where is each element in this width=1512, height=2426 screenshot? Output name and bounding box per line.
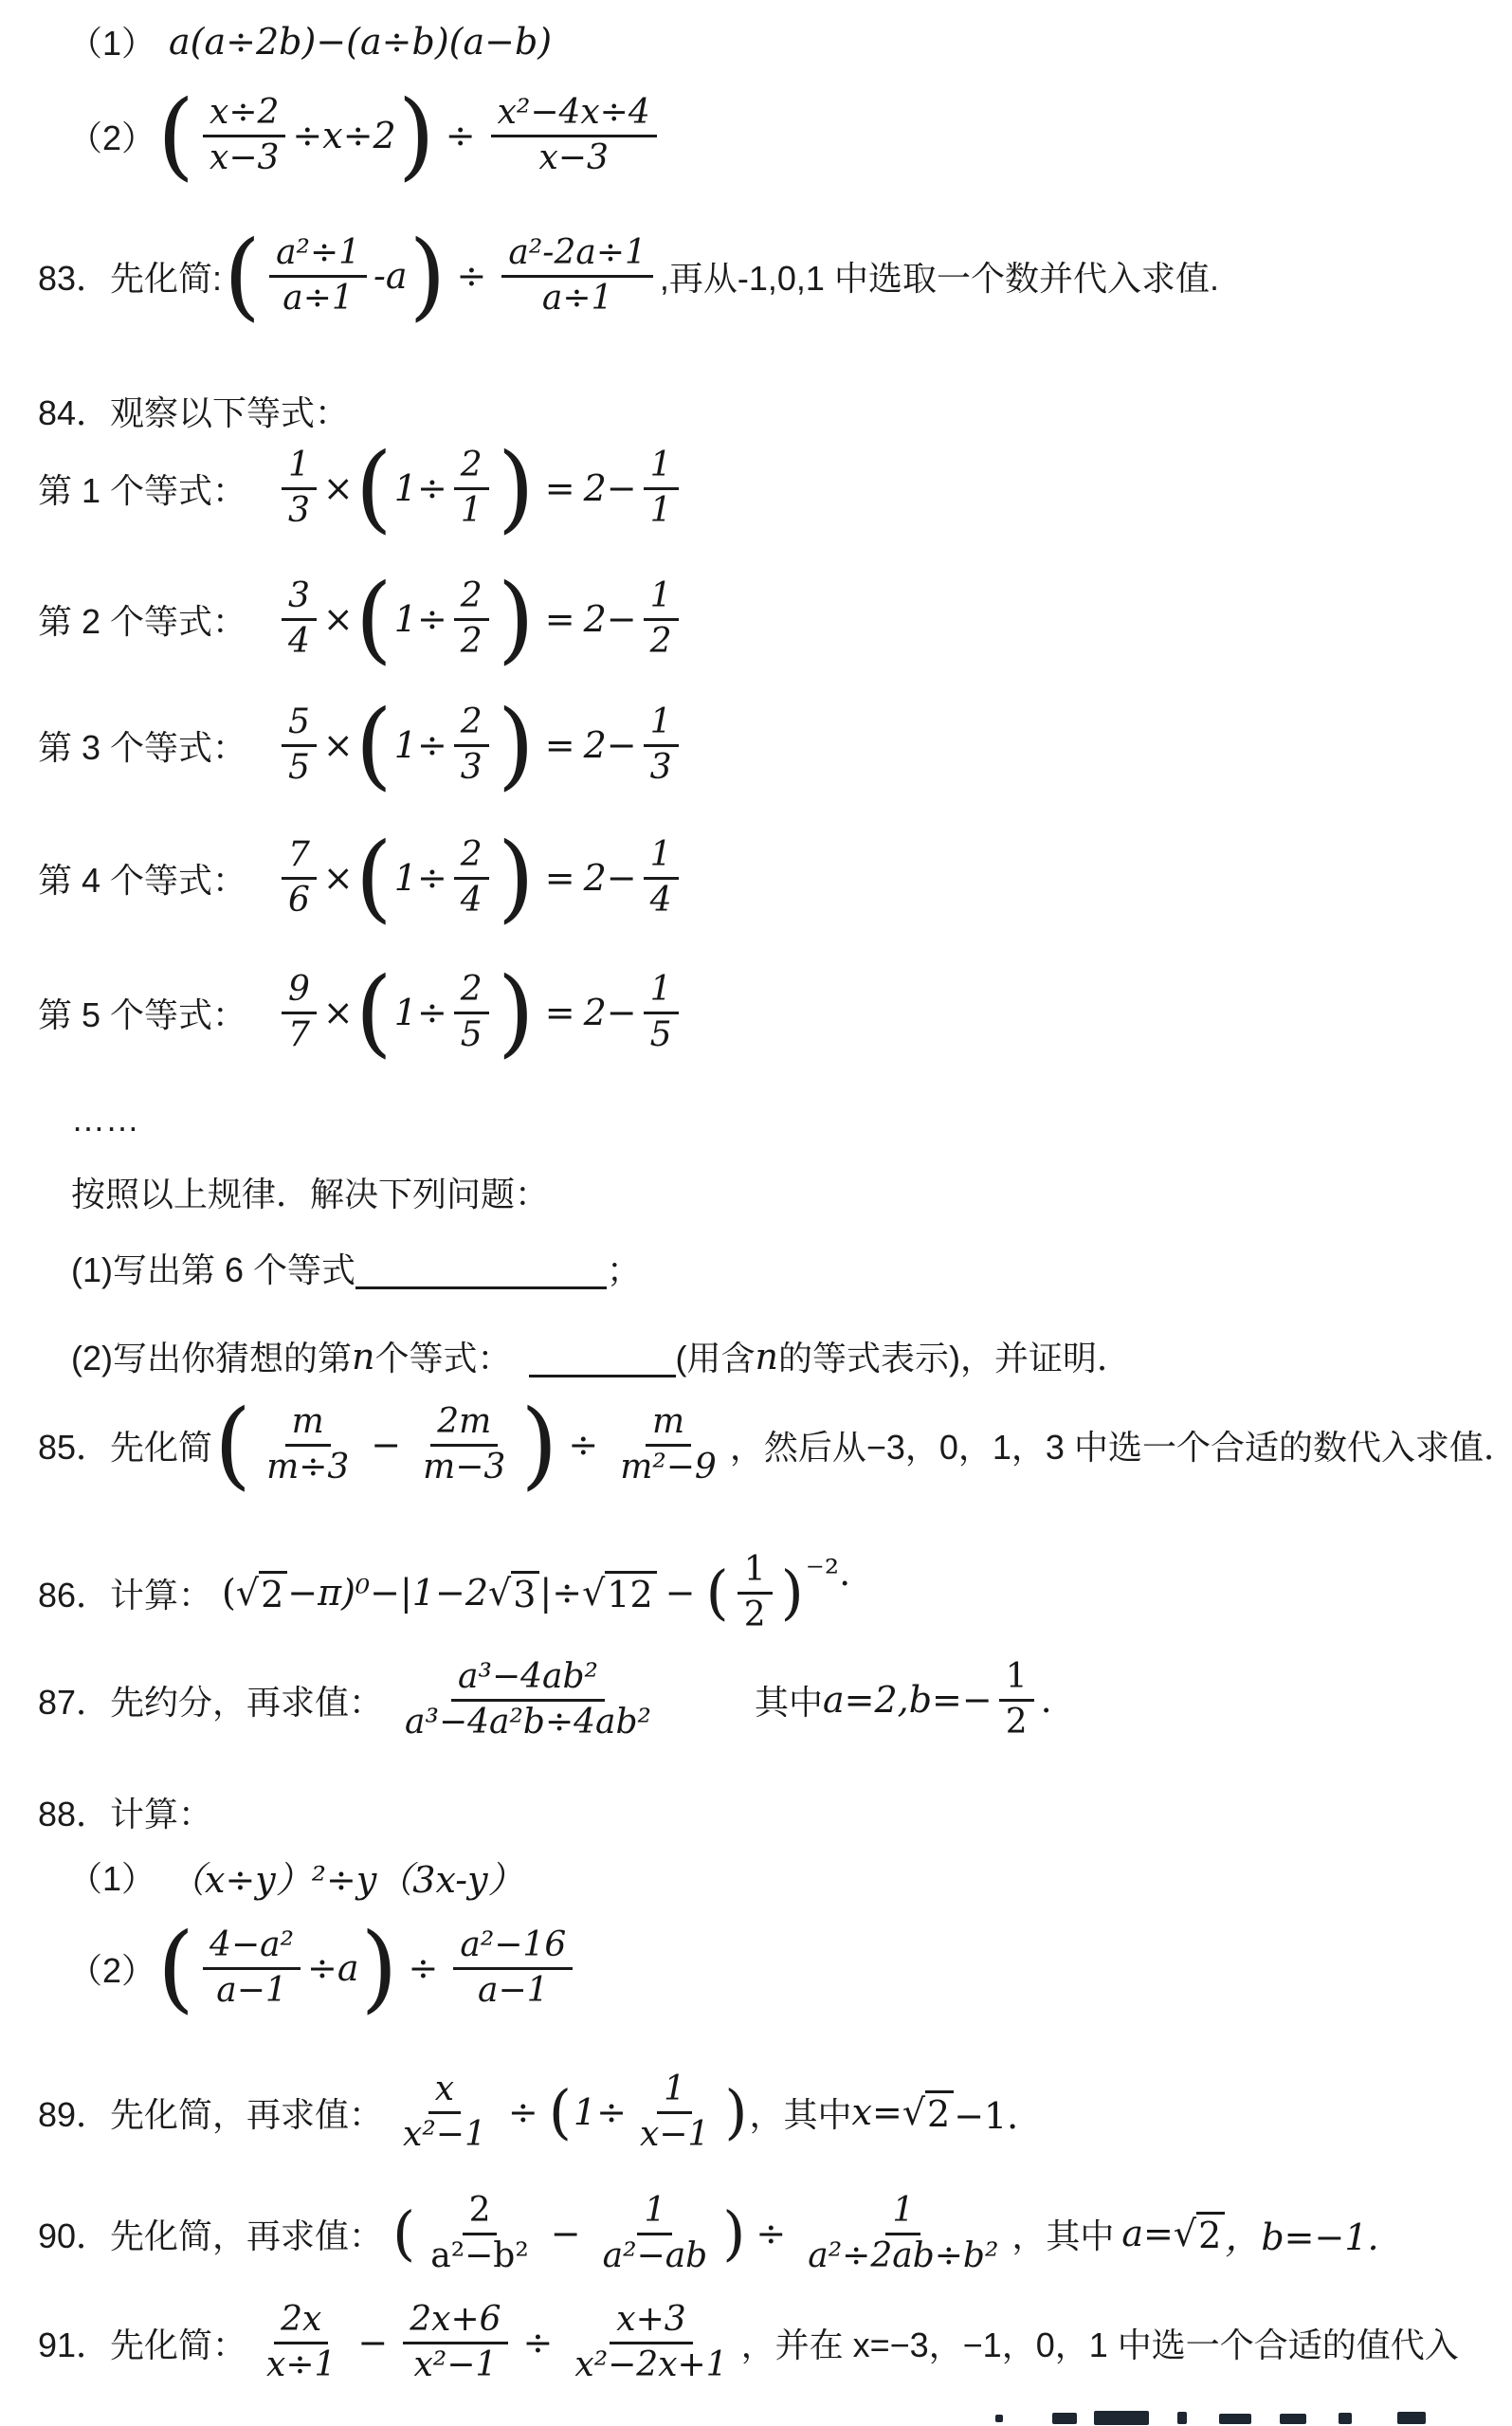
task-2: (2)写出你猜想的第 n 个等式： (用含 n 的等式表示)，并证明． <box>71 1332 1131 1380</box>
fraction: 25 <box>454 972 489 1054</box>
ink-blob <box>995 2415 1003 2422</box>
variable-n: n <box>352 1336 374 1377</box>
fraction: a²-2a÷1a÷1 <box>501 235 653 318</box>
minus-sign: − <box>551 2213 581 2254</box>
x-equals: x= <box>852 2091 902 2133</box>
expression: （x÷y）²÷y（3x-y） <box>169 1851 524 1903</box>
ink-blob <box>1339 2413 1352 2424</box>
equation-label: 第 2 个等式： <box>38 595 275 644</box>
equals-sign: = <box>545 598 575 640</box>
open-paren: ( <box>222 1572 236 1614</box>
middle-terms: ÷x÷2 <box>292 115 395 156</box>
ink-blob <box>1397 2412 1426 2424</box>
answer-blank <box>355 1247 607 1289</box>
minus-a-term: -a <box>373 255 408 297</box>
ink-blob <box>1280 2414 1306 2424</box>
ellipsis-row: …… <box>71 1100 139 1140</box>
fraction: mm÷3 <box>260 1404 355 1487</box>
minus-sign: − <box>371 1424 401 1466</box>
period: . <box>1041 1679 1052 1721</box>
fraction: 13 <box>644 704 679 787</box>
divide-sign: ÷ <box>409 1947 439 1989</box>
fraction: x÷2x−3 <box>203 95 285 177</box>
problem-83: 83．先化简: ( a²÷1a÷1 -a ) ÷ a²-2a÷1a÷1 ,再从-… <box>38 235 1219 318</box>
problem-85-prefix: 85．先化简 <box>38 1421 212 1469</box>
two-minus: 2− <box>584 467 637 509</box>
radicand-3: 3 <box>511 1571 539 1615</box>
radicand-2: 2 <box>925 2090 954 2135</box>
fraction: x+3x²−2x+1 <box>568 2302 734 2384</box>
sqrt-sign: √ <box>488 1572 511 1614</box>
item-label: （2） <box>68 1944 155 1993</box>
two-minus: 2− <box>584 598 637 640</box>
fraction: 97 <box>282 972 317 1054</box>
task-2-text-c: (用含 <box>676 1332 756 1380</box>
divide-sign: ÷ <box>457 255 487 297</box>
fraction: a³−4ab²a³−4a²b÷4ab² <box>398 1659 658 1742</box>
equation-row-1: 第 1 个等式： 13 × ( 1÷ 21 ) = 2− 11 <box>38 447 685 530</box>
problem-82-item-2: （2） ( x÷2x−3 ÷x÷2 ) ÷ x²−4x÷4x−3 <box>68 95 664 177</box>
where-label: ，其中 <box>750 2089 852 2137</box>
problem-88-item-1: （1） （x÷y）²÷y（3x-y） <box>68 1851 524 1903</box>
task-1-semicolon: ； <box>607 1244 641 1292</box>
two-minus: 2− <box>584 724 637 766</box>
problem-90: 90．先化简，再求值： ( 2a²−b² − 1a²−ab ) ÷ 1a²÷2a… <box>38 2193 1379 2275</box>
b-equals: ，b=−1. <box>1225 2208 1378 2260</box>
minus-sign: − <box>357 2322 388 2363</box>
fraction: 2mm−3 <box>416 1404 512 1487</box>
task-2-text-d: 的等式表示)，并证明． <box>778 1332 1131 1380</box>
item-label: （2） <box>68 112 155 160</box>
fraction: 11 <box>644 447 679 530</box>
divide-sign: ÷ <box>446 115 476 156</box>
cut-off-text-artifact <box>986 2411 1509 2426</box>
equation-row-5: 第 5 个等式： 97 × ( 1÷ 25 ) = 2− 15 <box>38 972 685 1054</box>
task-1-text: (1)写出第 6 个等式 <box>71 1244 355 1292</box>
equals-sign: = <box>545 467 575 509</box>
ink-blob <box>1094 2411 1149 2425</box>
radicand-2: 2 <box>1196 2212 1225 2256</box>
fraction: 21 <box>454 447 489 530</box>
problem-89: 89．先化简，再求值： xx²−1 ÷ ( 1÷ 1x−1 ) ，其中 x= √… <box>38 2071 1043 2154</box>
equation-row-4: 第 4 个等式： 76 × ( 1÷ 24 ) = 2− 14 <box>38 837 685 920</box>
exponent-neg-2: ⁻². <box>806 1552 850 1594</box>
problem-88-title: 88．计算： <box>38 1788 212 1836</box>
problem-83-suffix: ,再从-1,0,1 中选取一个数并代入求值. <box>660 252 1219 301</box>
minus-sign: − <box>665 1572 696 1614</box>
fraction: 1a²÷2ab÷b² <box>801 2193 1005 2275</box>
fraction: 76 <box>282 837 317 920</box>
equation-row-3: 第 3 个等式： 55 × ( 1÷ 23 ) = 2− 13 <box>38 704 685 787</box>
fraction: a²−16a−1 <box>453 1927 573 2010</box>
equals-sign: = <box>545 857 575 899</box>
equation-label: 第 5 个等式： <box>38 989 275 1037</box>
problem-90-prefix: 90．先化简，再求值： <box>38 2210 383 2258</box>
divide-sign: ÷ <box>756 2213 786 2254</box>
problem-91-prefix: 91．先化简： <box>38 2319 246 2367</box>
problem-85-suffix: ，然后从−3，0，1，3 中选一个合适的数代入求值． <box>730 1421 1512 1469</box>
equals-sign: = <box>545 992 575 1033</box>
where-label: ，其中 <box>1011 2210 1114 2258</box>
where-label: 其中 <box>755 1676 823 1724</box>
problem-86: 86．计算： ( √ 2 −π)⁰−|1−2 √ 3 |÷ √ 12 − ( 1… <box>38 1552 850 1634</box>
fraction: 13 <box>282 447 317 530</box>
problem-86-prefix: 86．计算： <box>38 1569 212 1617</box>
problem-82-item-1: （1） a(a÷2b)−(a÷b)(a−b) <box>68 17 552 65</box>
ink-blob <box>1052 2413 1077 2424</box>
times-sign: × <box>323 724 354 766</box>
abs-divide-segment: |÷ <box>539 1572 582 1614</box>
divide-sign: ÷ <box>508 2091 538 2133</box>
variable-n: n <box>756 1336 778 1377</box>
two-minus: 2− <box>584 857 637 899</box>
fraction: 2xx÷1 <box>260 2302 342 2384</box>
fraction: 12 <box>999 1659 1034 1742</box>
equals-sign: = <box>545 724 575 766</box>
times-sign: × <box>323 467 354 509</box>
problem-84-title: 84．观察以下等式： <box>38 387 349 435</box>
problem-87-prefix: 87．先约分，再求值： <box>38 1676 383 1724</box>
divide-sign: ÷ <box>523 2322 554 2363</box>
fraction: 34 <box>282 578 317 661</box>
expression: a(a÷2b)−(a÷b)(a−b) <box>169 21 552 63</box>
fraction: 15 <box>644 972 679 1054</box>
task-2-text-b: 个等式： <box>374 1332 511 1380</box>
ink-blob <box>1219 2414 1251 2424</box>
item-label: （1） <box>68 17 155 65</box>
ink-blob <box>1177 2412 1187 2424</box>
values: a=2,b=− <box>823 1679 993 1721</box>
fraction: 4−a²a−1 <box>203 1927 301 2010</box>
problem-91-suffix: ，并在 x=−3，−1，0，1 中选一个合适的值代入 <box>741 2319 1459 2367</box>
one-plus: 1÷ <box>394 857 447 899</box>
fraction: x²−4x÷4x−3 <box>491 95 657 177</box>
one-plus: 1÷ <box>394 724 447 766</box>
radicand-12: 12 <box>605 1571 656 1615</box>
fraction: 1x−1 <box>633 2071 716 2154</box>
radicand-2: 2 <box>259 1571 287 1615</box>
sqrt-sign: √ <box>902 2091 925 2133</box>
fraction: 55 <box>282 704 317 787</box>
worksheet-page: （1） a(a÷2b)−(a÷b)(a−b) （2） ( x÷2x−3 ÷x÷2… <box>0 0 1512 2426</box>
two-minus: 2− <box>584 992 637 1033</box>
equation-label: 第 3 个等式： <box>38 721 275 770</box>
fraction: 23 <box>454 704 489 787</box>
times-sign: × <box>323 857 354 899</box>
fraction: 2a²−b² <box>424 2193 536 2275</box>
minus-pi-abs-segment: −π)⁰−|1−2 <box>287 1572 488 1614</box>
sqrt-sign: √ <box>582 1572 605 1614</box>
item-label: （1） <box>68 1852 155 1901</box>
one-plus: 1÷ <box>394 598 447 640</box>
problem-91: 91．先化简： 2xx÷1 − 2x+6x²−1 ÷ x+3x²−2x+1 ，并… <box>38 2302 1459 2384</box>
sqrt-sign: √ <box>1174 2213 1196 2254</box>
fraction: 12 <box>644 578 679 661</box>
fraction: a²÷1a÷1 <box>269 235 367 318</box>
equation-label: 第 4 个等式： <box>38 854 275 903</box>
fraction: 22 <box>454 578 489 661</box>
divide-sign: ÷ <box>568 1424 598 1466</box>
plus-a-term: ÷a <box>307 1947 359 1989</box>
a-equals: a= <box>1121 2213 1174 2254</box>
fraction: mm²−9 <box>613 1404 723 1487</box>
times-sign: × <box>323 992 354 1033</box>
problem-83-prefix: 83．先化简: <box>38 252 222 301</box>
task-1: (1)写出第 6 个等式 ； <box>71 1244 641 1292</box>
minus-one: −1． <box>954 2087 1043 2139</box>
problem-89-prefix: 89．先化简，再求值： <box>38 2089 383 2137</box>
one-plus: 1÷ <box>574 2091 627 2133</box>
problem-87: 87．先约分，再求值： a³−4ab²a³−4a²b÷4ab² 其中 a=2,b… <box>38 1659 1052 1742</box>
times-sign: × <box>323 598 354 640</box>
fraction: 24 <box>454 837 489 920</box>
one-plus: 1÷ <box>394 992 447 1033</box>
fraction: 1a²−ab <box>596 2193 715 2275</box>
one-plus: 1÷ <box>394 467 447 509</box>
equation-label: 第 1 个等式： <box>38 465 275 513</box>
fraction: 14 <box>644 837 679 920</box>
fraction: xx²−1 <box>396 2071 493 2154</box>
equation-row-2: 第 2 个等式： 34 × ( 1÷ 22 ) = 2− 12 <box>38 578 685 661</box>
fraction: 2x+6x²−1 <box>403 2302 507 2384</box>
problem-85: 85．先化简 ( mm÷3 − 2mm−3 ) ÷ mm²−9 ，然后从−3，0… <box>38 1404 1512 1487</box>
rule-intro: 按照以上规律．解决下列问题： <box>71 1168 549 1216</box>
task-2-text-a: (2)写出你猜想的第 <box>71 1332 352 1380</box>
sqrt-sign: √ <box>236 1572 259 1614</box>
fraction: 12 <box>738 1552 773 1634</box>
problem-88-item-2: （2） ( 4−a²a−1 ÷a ) ÷ a²−16a−1 <box>68 1927 579 2010</box>
answer-blank <box>529 1335 676 1377</box>
